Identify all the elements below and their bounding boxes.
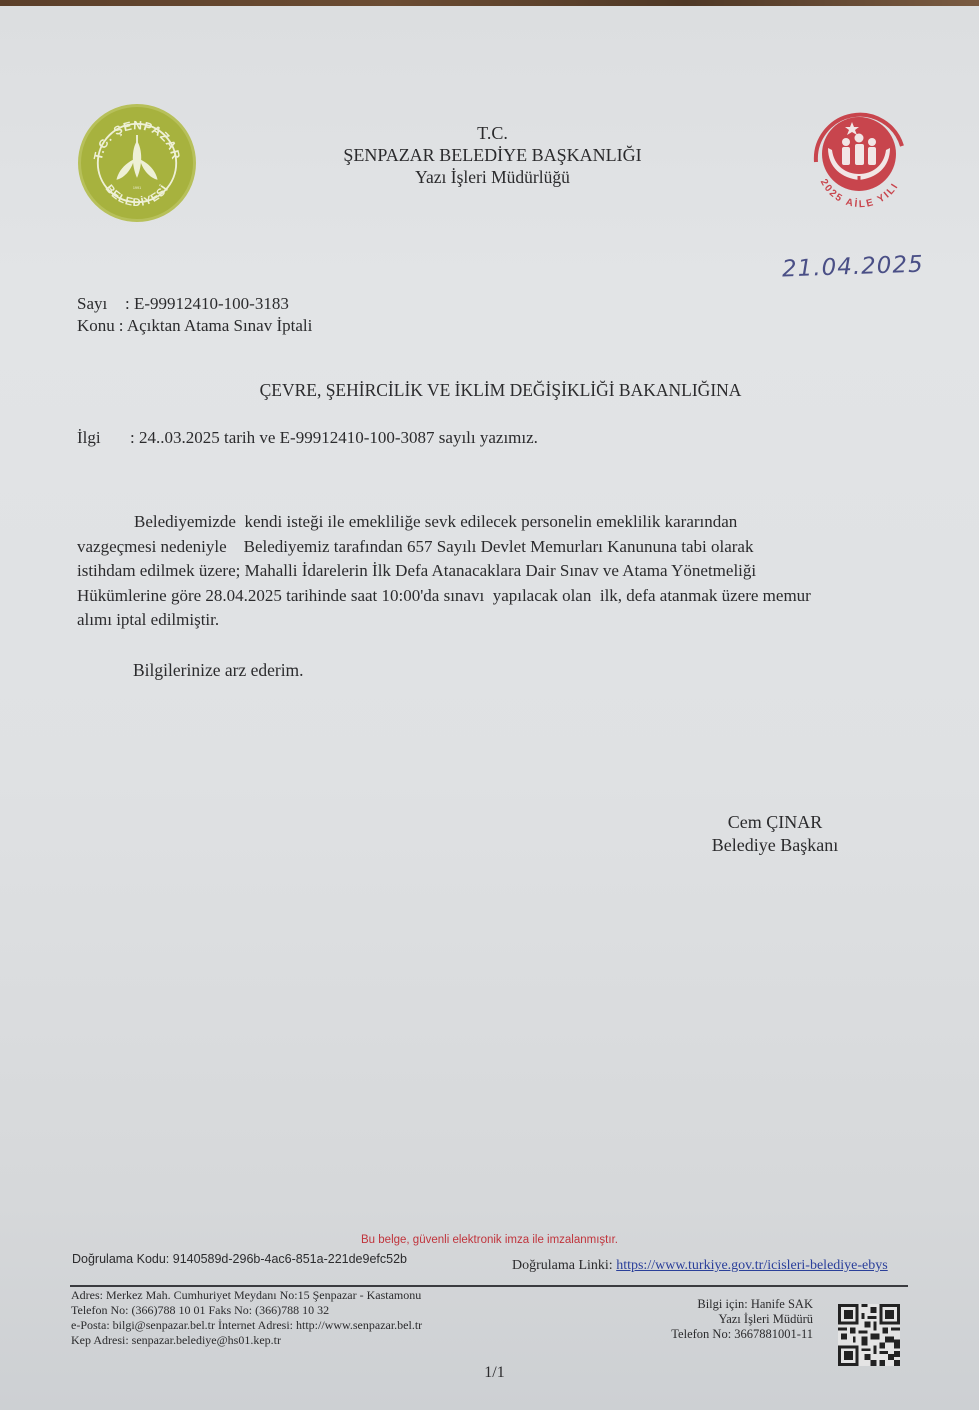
header-institution: ŞENPAZAR BELEDİYE BAŞKANLIĞI <box>300 144 685 166</box>
municipality-seal-icon: T.C. ŞENPAZAR BELEDİYESİ 1991 <box>78 104 196 222</box>
closing-line: Bilgilerinize arz ederim. <box>133 660 304 681</box>
body-line: alımı iptal edilmiştir. <box>77 608 907 633</box>
sayi-value: : E-99912410-100-3183 <box>125 293 289 315</box>
verification-link-row: Doğrulama Linki: https://www.turkiye.gov… <box>512 1258 888 1274</box>
address-line: Adres: Merkez Mah. Cumhuriyet Meydanı No… <box>71 1288 422 1303</box>
signatory-title: Belediye Başkanı <box>690 834 860 857</box>
email-web-line: e-Posta: bilgi@senpazar.bel.tr İnternet … <box>71 1318 422 1333</box>
info-phone: Telefon No: 3667881001-11 <box>640 1327 813 1342</box>
addressee: ÇEVRE, ŞEHİRCİLİK VE İKLİM DEĞİŞİKLİĞİ B… <box>0 380 979 401</box>
info-contact: Bilgi için: Hanife SAK <box>640 1297 813 1312</box>
contact-block: Bilgi için: Hanife SAK Yazı İşleri Müdür… <box>640 1297 813 1342</box>
verification-link[interactable]: https://www.turkiye.gov.tr/icisleri-bele… <box>616 1258 888 1273</box>
body-line: Belediyemizde kendi isteği ile emekliliğ… <box>77 510 907 535</box>
letterhead: T.C. ŞENPAZAR BELEDİYE BAŞKANLIĞI Yazı İ… <box>300 122 685 188</box>
body-line: istihdam edilmek üzere; Mahalli İdareler… <box>77 559 907 584</box>
footer-divider <box>70 1285 908 1287</box>
handwritten-date: 21.04.2025 <box>782 252 925 283</box>
esignature-note: Bu belge, güvenli elektronik imza ile im… <box>0 1234 979 1246</box>
address-block: Adres: Merkez Mah. Cumhuriyet Meydanı No… <box>71 1288 422 1348</box>
sayi-label: Sayı <box>77 293 125 315</box>
signature-block: Cem ÇINAR Belediye Başkanı <box>690 811 860 857</box>
sayi-row: Sayı : E-99912410-100-3183 <box>77 293 312 315</box>
reference-row: İlgi : 24..03.2025 tarih ve E-99912410-1… <box>77 428 538 448</box>
family-year-emblem-icon: 2025 AİLE YILI <box>804 102 914 214</box>
svg-text:1991: 1991 <box>133 186 141 190</box>
konu-value: : Açıktan Atama Sınav İptali <box>119 315 313 337</box>
body-line: Hükümlerine göre 28.04.2025 tarihinde sa… <box>77 584 907 609</box>
verification-link-label: Doğrulama Linki: <box>512 1258 613 1273</box>
header-department: Yazı İşleri Müdürlüğü <box>300 166 685 188</box>
body-line: vazgeçmesi nedeniyle Belediyemiz tarafın… <box>77 535 907 560</box>
document-page: T.C. ŞENPAZAR BELEDİYESİ 1991 T.C. ŞENPA… <box>0 6 979 1410</box>
info-title: Yazı İşleri Müdürü <box>640 1312 813 1327</box>
addressee-text: ÇEVRE, ŞEHİRCİLİK VE İKLİM DEĞİŞİKLİĞİ B… <box>260 380 742 400</box>
letter-body: Belediyemizde kendi isteği ile emekliliğ… <box>77 510 907 633</box>
verification-code-value: 9140589d-296b-4ac6-851a-221de9efc52b <box>173 1252 407 1266</box>
konu-label: Konu <box>77 315 115 337</box>
verification-code: Doğrulama Kodu: 9140589d-296b-4ac6-851a-… <box>72 1252 407 1266</box>
reference-value: : 24..03.2025 tarih ve E-99912410-100-30… <box>130 428 538 448</box>
kep-line: Kep Adresi: senpazar.belediye@hs01.kep.t… <box>71 1333 422 1348</box>
reference-label: İlgi <box>77 428 130 448</box>
document-meta: Sayı : E-99912410-100-3183 Konu : Açıkta… <box>77 293 312 337</box>
page-number: 1/1 <box>0 1364 979 1382</box>
qr-code-icon[interactable] <box>838 1304 900 1366</box>
verification-code-label: Doğrulama Kodu: <box>72 1252 169 1266</box>
header-tc: T.C. <box>300 122 685 144</box>
phone-fax-line: Telefon No: (366)788 10 01 Faks No: (366… <box>71 1303 422 1318</box>
konu-row: Konu : Açıktan Atama Sınav İptali <box>77 315 312 337</box>
signatory-name: Cem ÇINAR <box>690 811 860 834</box>
